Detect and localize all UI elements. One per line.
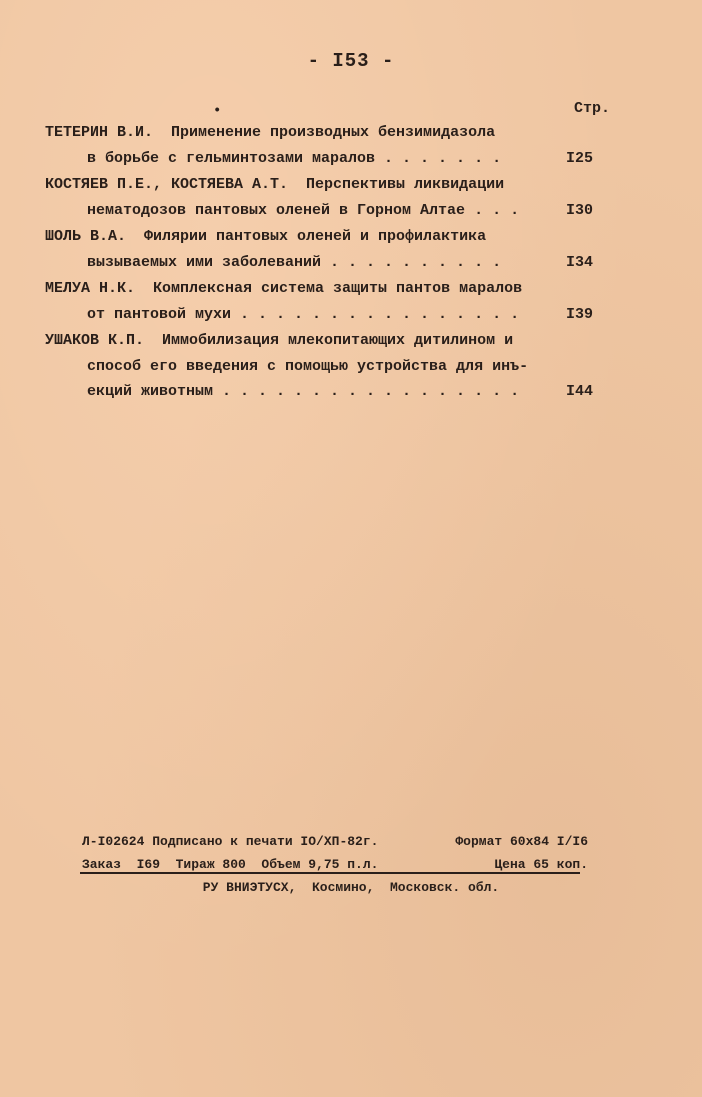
toc-entry: МЕЛУА Н.К. Комплексная система защиты па…	[45, 276, 593, 327]
toc-entry: КОСТЯЕВ П.Е., КОСТЯЕВА А.Т. Перспективы …	[45, 172, 593, 223]
toc-entry-text: КОСТЯЕВ П.Е., КОСТЯЕВА А.Т. Перспективы …	[45, 176, 504, 193]
toc-entry: ТЕТЕРИН В.И. Применение производных бенз…	[45, 120, 593, 171]
document-page: - I53 - • Стр. ТЕТЕРИН В.И. Применение п…	[0, 0, 702, 1097]
toc-entry-text: ШОЛЬ В.А. Филярии пантовых оленей и проф…	[45, 228, 486, 245]
toc-entry: УШАКОВ К.П. Иммобилизация млекопитающих …	[45, 328, 593, 405]
toc-entry-page-number: I44	[566, 379, 593, 405]
toc-entry-author-title: УШАКОВ К.П. Иммобилизация млекопитающих …	[45, 328, 593, 354]
toc-entry-continuation: екций животным . . . . . . . . . . . . .…	[45, 379, 593, 405]
toc-entry-continuation: вызываемых ими заболеваний . . . . . . .…	[45, 250, 593, 276]
imprint-format: Формат 60х84 I/I6	[455, 830, 588, 853]
toc-entry-author-title: ТЕТЕРИН В.И. Применение производных бенз…	[45, 120, 593, 146]
toc-entry-text: способ его введения с помощью устройства…	[87, 358, 528, 375]
table-of-contents: ТЕТЕРИН В.И. Применение производных бенз…	[45, 120, 593, 405]
toc-entry-text: ТЕТЕРИН В.И. Применение производных бенз…	[45, 124, 495, 141]
imprint-signed-info: Л-I02624 Подписано к печати IO/ХП-82г.	[82, 830, 378, 853]
toc-entry-text: в борьбе с гельминтозами маралов . . . .…	[87, 150, 501, 167]
toc-entry-text: УШАКОВ К.П. Иммобилизация млекопитающих …	[45, 332, 513, 349]
toc-entry-author-title: КОСТЯЕВ П.Е., КОСТЯЕВА А.Т. Перспективы …	[45, 172, 593, 198]
page-column-label: Стр.	[574, 100, 610, 117]
toc-entry-page-number: I25	[566, 146, 593, 172]
toc-entry-text: нематодозов пантовых оленей в Горном Алт…	[87, 202, 519, 219]
toc-entry-page-number: I30	[566, 198, 593, 224]
toc-entry-text: вызываемых ими заболеваний . . . . . . .…	[87, 254, 501, 271]
publisher-line: РУ ВНИЭТУСХ, Космино, Московск. обл.	[0, 880, 702, 895]
imprint-block: Л-I02624 Подписано к печати IO/ХП-82г. Ф…	[82, 830, 588, 876]
toc-entry-continuation: в борьбе с гельминтозами маралов . . . .…	[45, 146, 593, 172]
toc-entry-author-title: МЕЛУА Н.К. Комплексная система защиты па…	[45, 276, 593, 302]
toc-entry-text: от пантовой мухи . . . . . . . . . . . .…	[87, 306, 519, 323]
toc-entry-continuation: от пантовой мухи . . . . . . . . . . . .…	[45, 302, 593, 328]
toc-entry-author-title: ШОЛЬ В.А. Филярии пантовых оленей и проф…	[45, 224, 593, 250]
toc-entry-continuation: нематодозов пантовых оленей в Горном Алт…	[45, 198, 593, 224]
page-number: - I53 -	[0, 50, 702, 72]
divider-rule	[80, 872, 580, 874]
toc-entry-text: екций животным . . . . . . . . . . . . .…	[87, 383, 519, 400]
imprint-row-1: Л-I02624 Подписано к печати IO/ХП-82г. Ф…	[82, 830, 588, 853]
toc-entry-continuation: способ его введения с помощью устройства…	[45, 354, 593, 380]
toc-entry: ШОЛЬ В.А. Филярии пантовых оленей и проф…	[45, 224, 593, 275]
toc-entry-page-number: I34	[566, 250, 593, 276]
toc-entry-text: МЕЛУА Н.К. Комплексная система защиты па…	[45, 280, 522, 297]
toc-entry-page-number: I39	[566, 302, 593, 328]
stray-mark: •	[213, 103, 221, 119]
